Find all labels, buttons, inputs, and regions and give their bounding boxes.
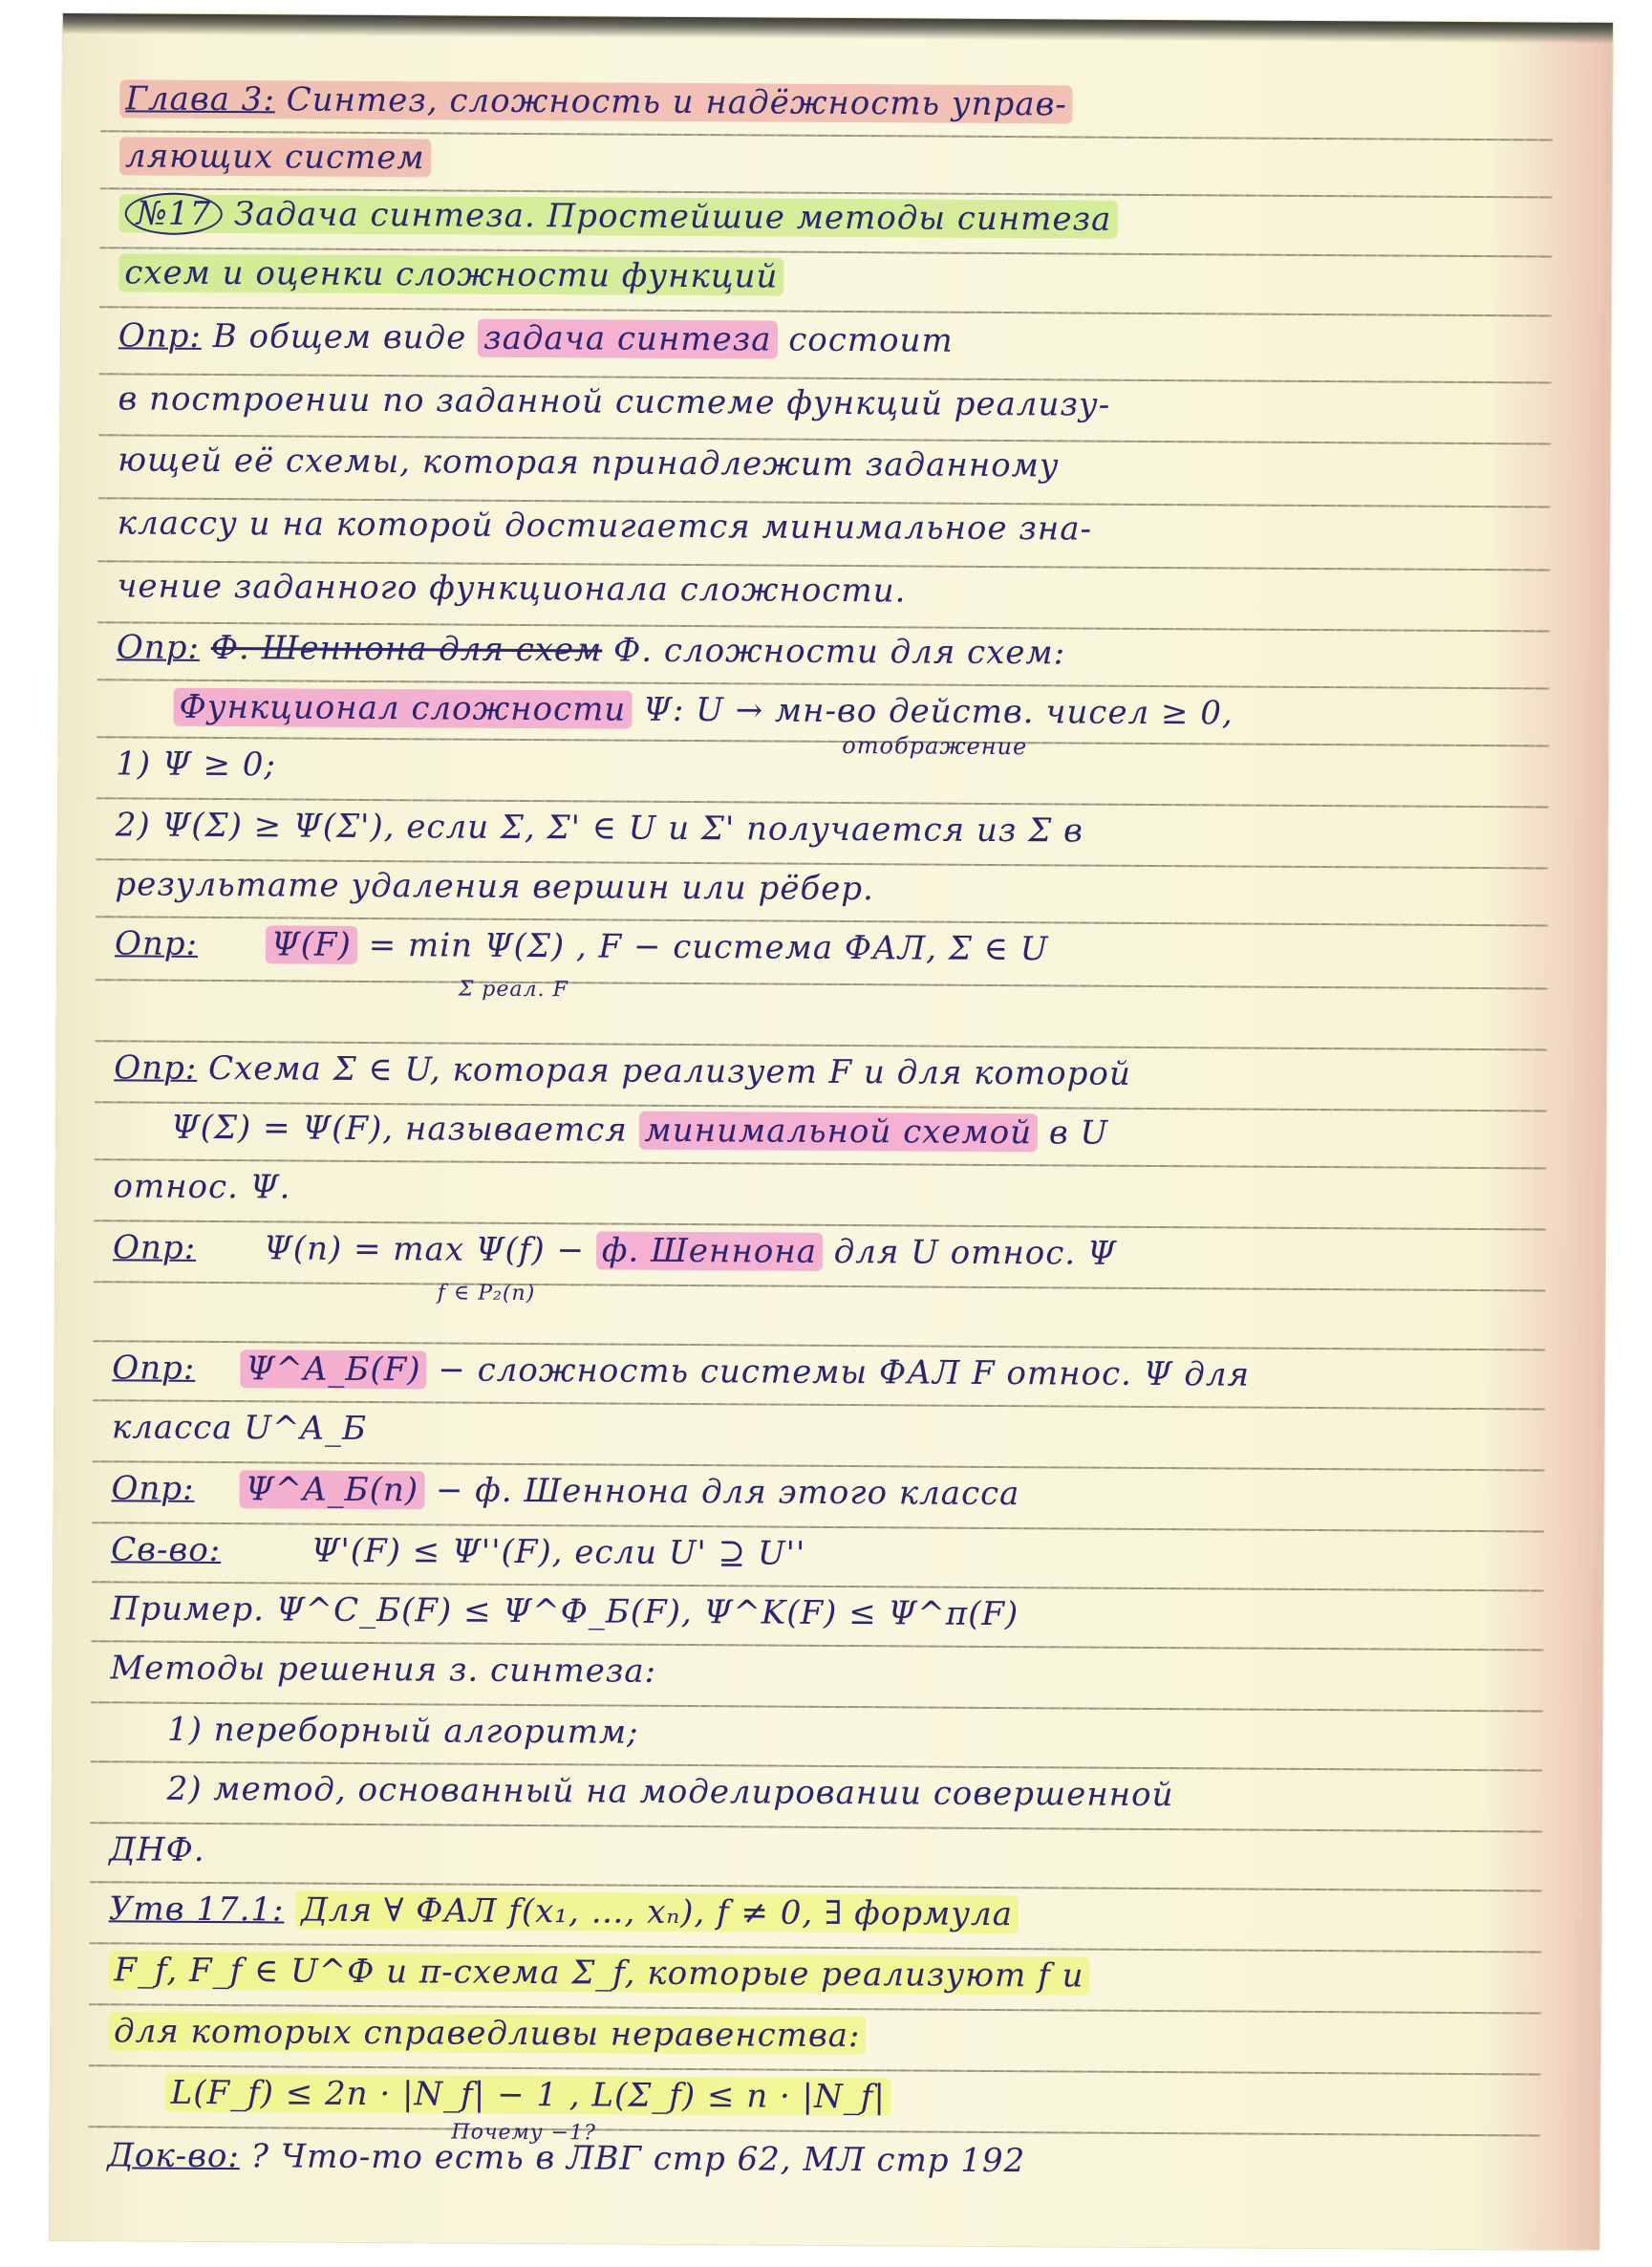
- chapter-title: Синтез, сложность и надёжность управ-: [287, 80, 1067, 123]
- ticket-title: Задача синтеза. Простейшие методы синтез…: [234, 195, 1112, 239]
- notebook-page: Глава 3: Синтез, сложность и надёжность …: [50, 13, 1613, 2250]
- struck-text: Ф. Шеннона для схем: [211, 629, 603, 670]
- term-highlight: Ψ^A_Б(F): [240, 1349, 426, 1389]
- term-highlight: Ψ(F): [266, 925, 357, 964]
- ticket-number: №17: [125, 192, 224, 235]
- term-highlight: Функционал сложности: [173, 688, 632, 729]
- ticket-title-cont: схем и оценки сложности функций: [118, 253, 783, 295]
- term-highlight: минимальной схемой: [638, 1112, 1038, 1153]
- term-highlight: Ψ^A_Б(n): [240, 1470, 425, 1509]
- chapter-label: Глава 3:: [125, 79, 275, 119]
- theorem-label: Утв 17.1:: [109, 1889, 285, 1929]
- page-edge-shadow: [63, 13, 1613, 44]
- chapter-title-cont: ляющих систем: [119, 137, 431, 177]
- proof-label: Док-во:: [107, 2136, 240, 2175]
- min-subscript: Σ реал. F: [459, 955, 1652, 1034]
- term-highlight: задача синтеза: [478, 319, 778, 359]
- proof-line: Док-во: ? Что-то есть в ЛВГ стр 62, МЛ с…: [107, 2120, 1540, 2199]
- max-subscript: f ∈ P₂(n): [438, 1258, 1652, 1337]
